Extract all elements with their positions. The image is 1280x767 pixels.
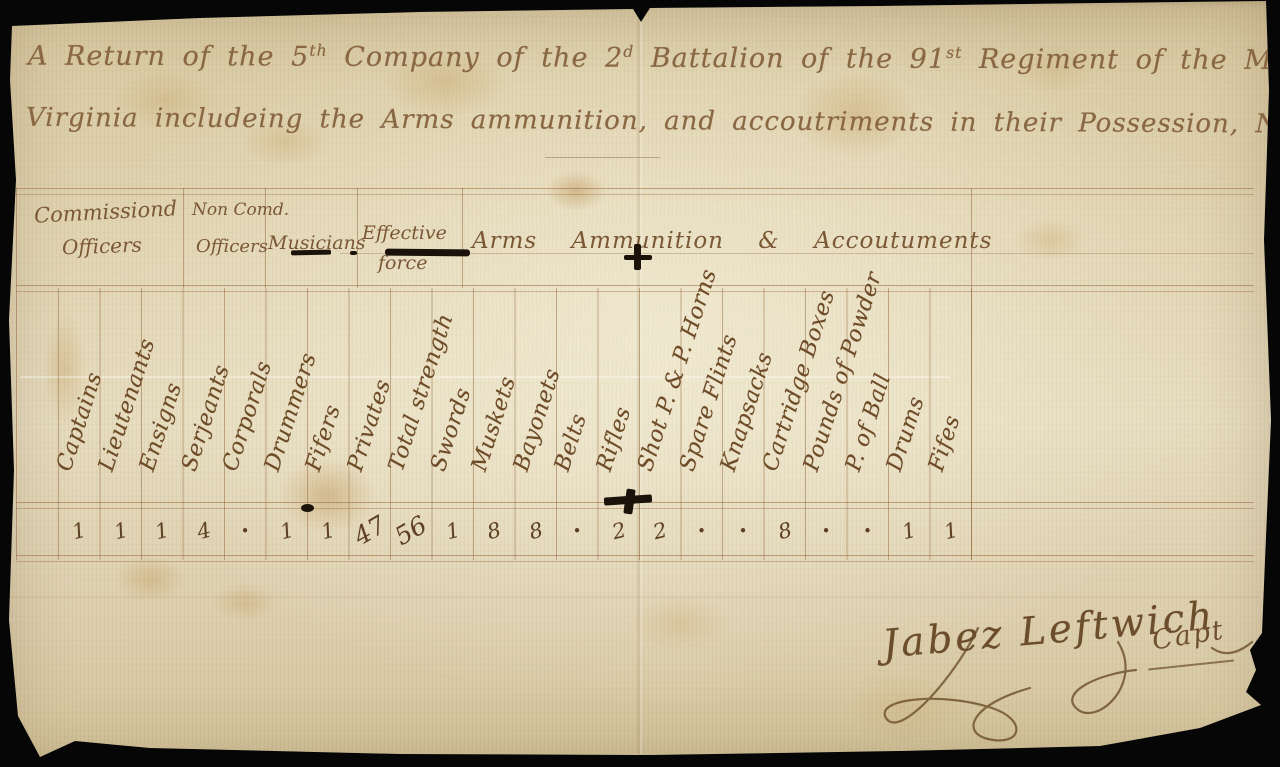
title-text: Virginia includeing the Arms ammunition,…	[26, 103, 1280, 140]
title-superscript: st	[946, 43, 962, 62]
ink-blot	[301, 504, 314, 512]
title-text: Regiment of the Militia of	[962, 44, 1280, 76]
column-value: •	[556, 508, 598, 554]
group-header-effective: Effective	[362, 222, 447, 244]
stain	[1000, 210, 1100, 270]
ink-blot	[350, 251, 357, 255]
stain	[610, 583, 750, 663]
column-value: •	[224, 508, 266, 554]
group-header-commissioned-2: Officers	[62, 233, 143, 260]
column-value: •	[805, 508, 847, 554]
stain	[200, 575, 290, 630]
ink-blot	[385, 249, 470, 257]
group-separator	[183, 188, 184, 288]
group-header-commissioned: Commissiond	[33, 196, 177, 227]
ink-blot	[634, 244, 641, 270]
scanned-document: A Return of the 5th Company of the 2d Ba…	[0, 0, 1280, 767]
signature-flourish	[860, 600, 1280, 765]
column-value: •	[722, 508, 764, 554]
title-superscript: d	[623, 42, 634, 61]
battalion-number: 2	[605, 43, 623, 74]
column-value: •	[681, 508, 723, 554]
group-header-noncomd-2: Officers	[196, 236, 268, 257]
pen-rest-line	[545, 157, 660, 158]
title-text: Battalion of the	[634, 43, 910, 75]
table-rule-top	[16, 188, 1254, 195]
title-superscript: th	[309, 41, 327, 60]
document-title-line2: Virginia includeing the Arms ammunition,…	[26, 102, 1280, 140]
table-border-left	[16, 188, 17, 560]
fold-crease-horizontal	[10, 596, 1260, 598]
group-header-noncomd: Non Comd.	[192, 200, 289, 220]
title-text: A Return of the	[28, 41, 291, 73]
title-text: Company of the	[328, 42, 605, 74]
regiment-number: 91	[910, 44, 946, 75]
column-value: •	[847, 508, 889, 554]
paper-sheet: A Return of the 5th Company of the 2d Ba…	[0, 0, 1280, 767]
group-separator	[462, 188, 463, 288]
ink-blot	[291, 250, 331, 256]
company-number: 5	[291, 42, 309, 73]
group-header-arms: Arms Ammunition & Accoutuments	[472, 228, 992, 254]
document-title-line1: A Return of the 5th Company of the 2d Ba…	[28, 40, 1280, 77]
